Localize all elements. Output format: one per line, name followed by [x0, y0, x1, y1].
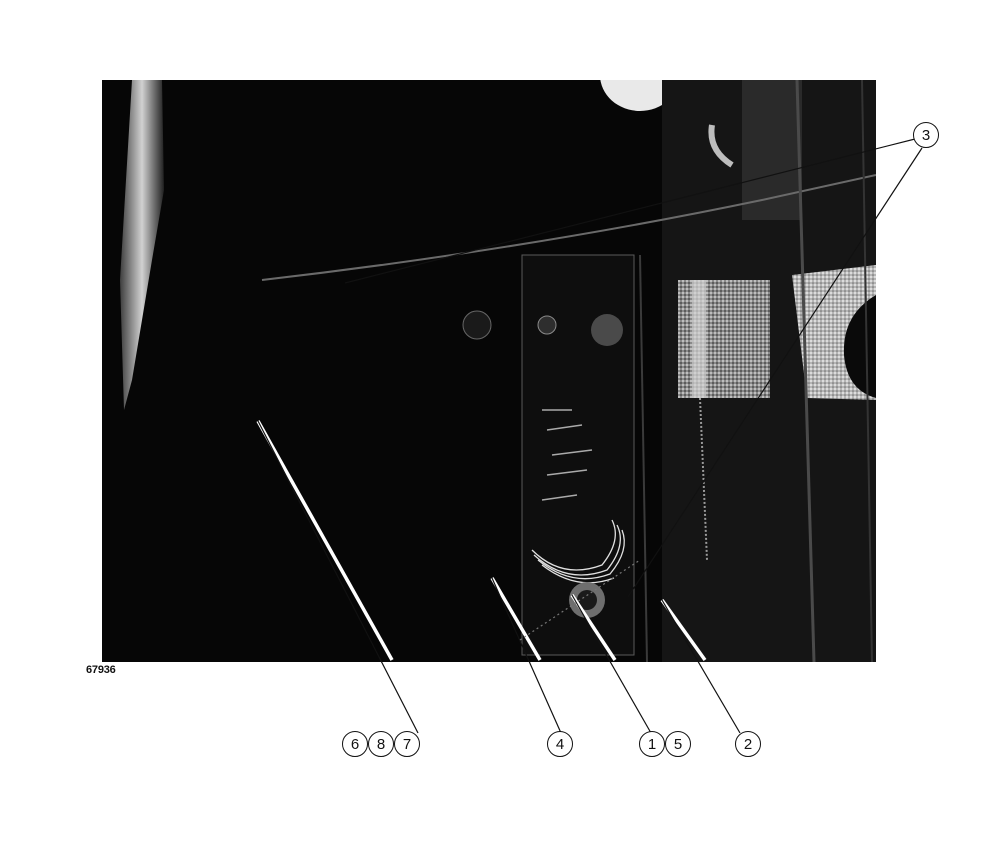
callout-5: 5	[665, 731, 691, 757]
callout-1: 1	[639, 731, 665, 757]
callout-6: 6	[342, 731, 368, 757]
photo	[102, 80, 876, 662]
callout-3: 3	[913, 122, 939, 148]
callout-7: 7	[394, 731, 420, 757]
photo-illustration	[102, 80, 876, 662]
figure-number: 67936	[86, 664, 116, 676]
callout-8: 8	[368, 731, 394, 757]
callout-2: 2	[735, 731, 761, 757]
callout-4: 4	[547, 731, 573, 757]
figure: 67936 6 8 7 4 1 5 2 3	[0, 0, 1000, 860]
